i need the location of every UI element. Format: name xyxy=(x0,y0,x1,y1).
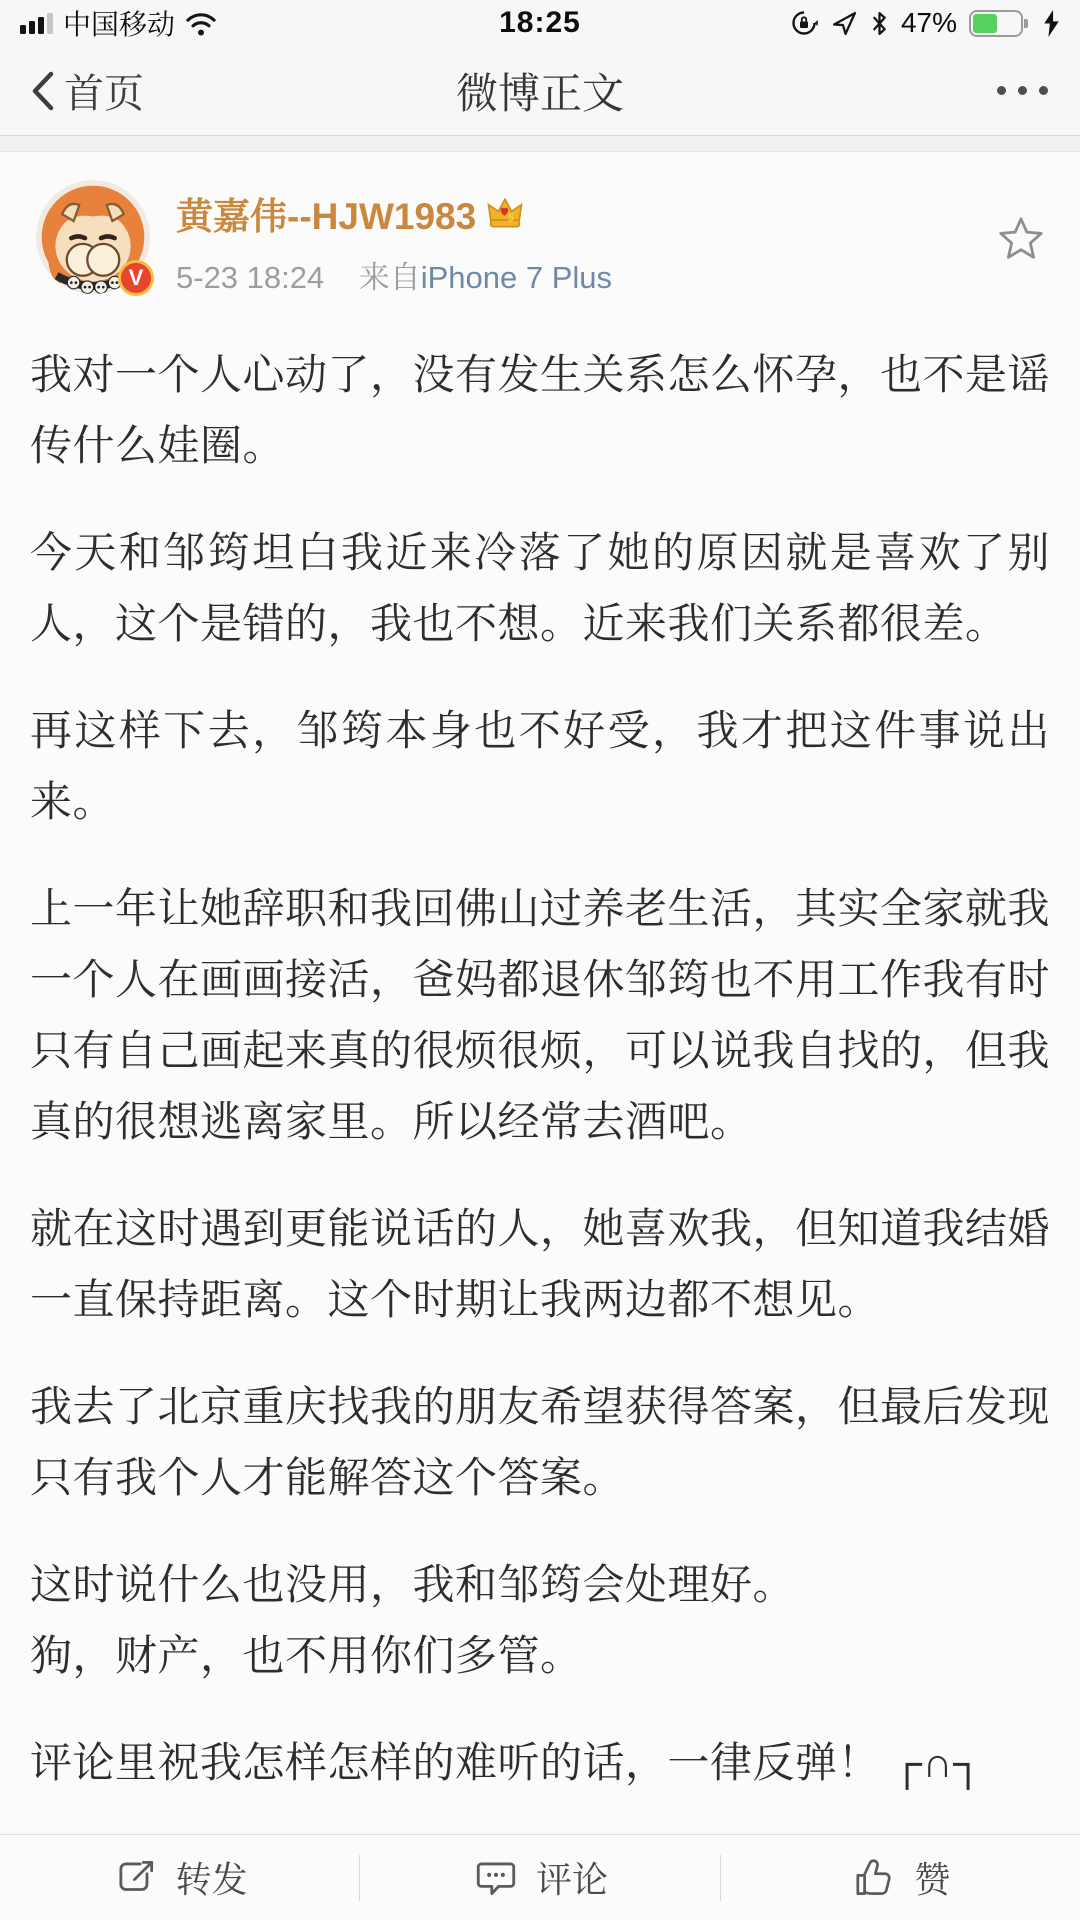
section-divider xyxy=(0,136,1080,152)
action-toolbar: 转发 评论 赞 xyxy=(0,1834,1080,1920)
repost-label: 转发 xyxy=(176,1852,248,1903)
post-paragraph: 我去了北京重庆找我的朋友希望获得答案，但最后发现只有我个人才能解答这个答案。 xyxy=(30,1371,1050,1513)
vip-crown-icon: 5 xyxy=(486,197,524,230)
verified-v-badge: V xyxy=(118,260,154,296)
source-link[interactable]: iPhone 7 Plus xyxy=(421,260,612,295)
back-button[interactable]: 首页 xyxy=(30,62,144,119)
comment-button[interactable]: 评论 xyxy=(360,1835,719,1920)
post-author-block: 黄嘉伟--HJW1983 5 5-23 18:24 来自iPhone 7 Plu… xyxy=(176,180,984,297)
post-paragraph: 我对一个人心动了，没有发生关系怎么怀孕，也不是谣传什么娃圈。 xyxy=(30,339,1050,481)
like-button[interactable]: 赞 xyxy=(721,1835,1080,1920)
source-prefix: 来自 xyxy=(359,260,421,295)
repost-button[interactable]: 转发 xyxy=(0,1835,359,1920)
comment-icon xyxy=(472,1854,520,1902)
like-label: 赞 xyxy=(914,1852,950,1903)
post-paragraph: 上一年让她辞职和我回佛山过养老生活，其实全家就我一个人在画画接活，爸妈都退休邹筠… xyxy=(30,873,1050,1157)
post-paragraph: 今天和邹筠坦白我近来冷落了她的原因就是喜欢了别人，这个是错的，我也不想。近来我们… xyxy=(30,517,1050,659)
post-card: V 黄嘉伟--HJW1983 5 5-23 18:24 来自iPhone 7 P… xyxy=(0,152,1080,1798)
chevron-left-icon xyxy=(30,69,56,113)
post-paragraph: 再这样下去，邹筠本身也不好受，我才把这件事说出来。 xyxy=(30,695,1050,837)
post-body: 我对一个人心动了，没有发生关系怎么怀孕，也不是谣传什么娃圈。今天和邹筠坦白我近来… xyxy=(0,339,1080,1798)
username-link[interactable]: 黄嘉伟--HJW1983 xyxy=(176,186,476,240)
favorite-star-icon[interactable] xyxy=(996,214,1046,264)
comment-label: 评论 xyxy=(536,1852,608,1903)
post-paragraph: 评论里祝我怎样怎样的难听的话，一律反弹！ ┌∩┐ xyxy=(30,1727,1050,1798)
status-bar: 中国移动 18:25 47% xyxy=(0,0,1080,46)
post-timestamp: 5-23 18:24 xyxy=(176,260,324,295)
thumbs-up-icon xyxy=(850,1854,898,1902)
svg-text:5: 5 xyxy=(508,213,514,224)
post-paragraph: 这时说什么也没用，我和邹筠会处理好。 狗，财产，也不用你们多管。 xyxy=(30,1549,1050,1691)
post-paragraph: 就在这时遇到更能说话的人，她喜欢我，但知道我结婚一直保持距离。这个时期让我两边都… xyxy=(30,1193,1050,1335)
more-options-button[interactable] xyxy=(995,76,1050,105)
status-time: 18:25 xyxy=(0,6,1080,40)
ellipsis-icon xyxy=(997,86,1006,95)
weibo-post-detail-screen: { "status_bar": { "carrier": "中国移动", "ti… xyxy=(0,0,1080,1920)
battery-icon xyxy=(969,10,1023,37)
post-header: V 黄嘉伟--HJW1983 5 5-23 18:24 来自iPhone 7 P… xyxy=(0,152,1080,297)
repost-icon xyxy=(112,1854,160,1902)
back-button-label: 首页 xyxy=(64,62,144,119)
post-meta: 5-23 18:24 来自iPhone 7 Plus xyxy=(176,252,984,297)
page-title: 微博正文 xyxy=(0,61,1080,121)
nav-bar: 首页 微博正文 xyxy=(0,46,1080,136)
user-avatar[interactable]: V xyxy=(36,180,150,294)
